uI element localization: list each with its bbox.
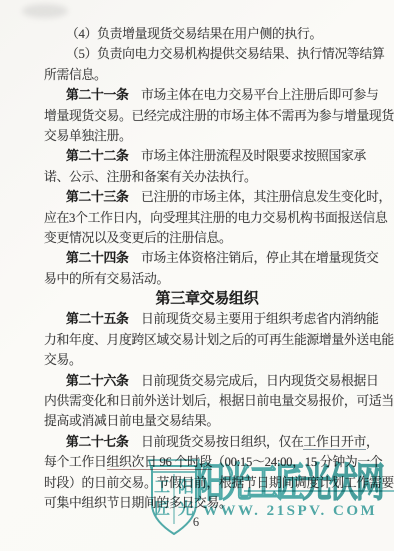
text-segment: 内供需变化和日前外送计划后，根据日前电量交易报价，可适当 [44,394,394,408]
article-number: 第二十一条 [66,88,129,102]
underlined-text: 组织次日 96 个时段 [107,455,212,470]
text-segment: 日前现货交易主要用于组织考虑省内消纳能 [129,312,379,326]
underlined-text: 工作日开市 [303,435,366,450]
document-line: 交易单独注册。 [44,126,370,146]
text-segment: （5）负责向电力交易机构提供交易结果、执行情况等结算 [66,47,385,61]
scanned-document-page: （4）负责增量现货交易结果在用户侧的执行。（5）负责向电力交易机构提供交易结果、… [0,0,394,551]
article-number: 第三章交易组织 [156,291,259,307]
scan-smudge [22,4,68,18]
document-line: 第二十二条 市场主体注册流程及时限要求按照国家承 [44,146,370,166]
article-number: 第二十七条 [66,435,129,449]
text-segment: 诺、公示、注册和备案有关办法执行。 [44,170,256,184]
text-segment: ， [366,435,379,449]
document-line: 应在3个工作日内，向受理其注册的电力交易机构书面报送信息 [44,208,370,228]
article-number: 第二十二条 [66,149,129,163]
text-segment: （4）负责增量现货交易结果在用户侧的执行。 [66,27,322,41]
text-segment: 易中的所有交易活动。 [44,272,169,286]
text-segment: （00:15～24:00，15 分钟为一个 [212,455,382,469]
document-line: 可集中组织节日期间的多日交易。 [44,493,370,513]
article-number: 第二十六条 [66,374,129,388]
text-segment: 日前现货交易按日组织，仅在 [129,435,304,449]
text-segment: 交易。 [44,353,82,367]
text-segment: 每个工作日 [44,455,107,469]
document-line: 内供需变化和日前外送计划后，根据日前电量交易报价，可适当 [44,391,370,411]
document-line: 第二十六条 日前现货交易完成后，日内现货交易根据日 [44,371,370,391]
text-segment: 日前现货交易完成后，日内现货交易根据日 [129,374,379,388]
article-number: 第二十五条 [66,312,129,326]
document-line: 力和年度、月度跨区域交易计划之后的可再生能源增量外送电能 [44,330,370,350]
text-segment: 应在3个工作日内，向受理其注册的电力交易机构书面报送信息 [44,211,388,225]
text-segment: 可集中组织节日期间的多日交易。 [44,496,231,510]
document-line: 变更情况以及变更后的注册信息。 [44,228,370,248]
text-segment: 力和年度、月度跨区域交易计划之后的可再生能源增量外送电能 [44,333,394,347]
text-segment: 交易单独注册。 [44,129,131,143]
document-line: 增量现货交易。已经完成注册的市场主体不需再为参与增量现货 [44,106,370,126]
text-segment: 增量现货交易。已经完成注册的市场主体不需再为参与增量现货 [44,109,394,123]
document-line: 提高或消减日前电量交易结果。 [44,411,370,431]
document-line: 易中的所有交易活动。 [44,269,370,289]
page-number: 6 [186,515,206,530]
text-segment: 变更情况以及变更后的注册信息。 [44,231,231,245]
document-line: （4）负责增量现货交易结果在用户侧的执行。 [44,24,370,44]
text-segment: 时段）的日前交易。节假日前，根据 [44,476,244,490]
document-line: 所需信息。 [44,65,370,85]
document-line: 每个工作日组织次日 96 个时段（00:15～24:00，15 分钟为一个 [44,452,370,472]
chapter-heading: 第三章交易组织 [44,289,370,309]
text-segment: 提高或消减日前电量交易结果。 [44,414,219,428]
article-number: 第二十四条 [66,251,129,265]
document-body: （4）负责增量现货交易结果在用户侧的执行。（5）负责向电力交易机构提供交易结果、… [44,24,370,513]
text-segment: 市场主体注册流程及时限要求按照国家承 [129,149,366,163]
document-line: 第二十五条 日前现货交易主要用于组织考虑省内消纳能 [44,309,370,329]
text-segment: 市场主体在电力交易平台上注册后即可参与 [129,88,379,102]
document-line: （5）负责向电力交易机构提供交易结果、执行情况等结算 [44,44,370,64]
document-line: 时段）的日前交易。节假日前，根据节日期间调度计划工作需要， [44,473,370,493]
article-number: 第二十三条 [66,190,129,204]
document-line: 第二十三条 已注册的市场主体，其注册信息发生变化时， [44,187,370,207]
document-line: 第二十一条 市场主体在电力交易平台上注册后即可参与 [44,85,370,105]
document-line: 第二十四条 市场主体资格注销后，停止其在增量现货交 [44,248,370,268]
underlined-text: 节日期间调度计划工作需要 [244,476,394,492]
document-line: 诺、公示、注册和备案有关办法执行。 [44,167,370,187]
text-segment: 市场主体资格注销后，停止其在增量现货交 [129,251,379,265]
document-line: 第二十七条 日前现货交易按日组织，仅在工作日开市， [44,432,370,452]
document-line: 交易。 [44,350,370,370]
text-segment: 已注册的市场主体，其注册信息发生变化时， [129,190,391,204]
text-segment: 所需信息。 [44,68,107,82]
